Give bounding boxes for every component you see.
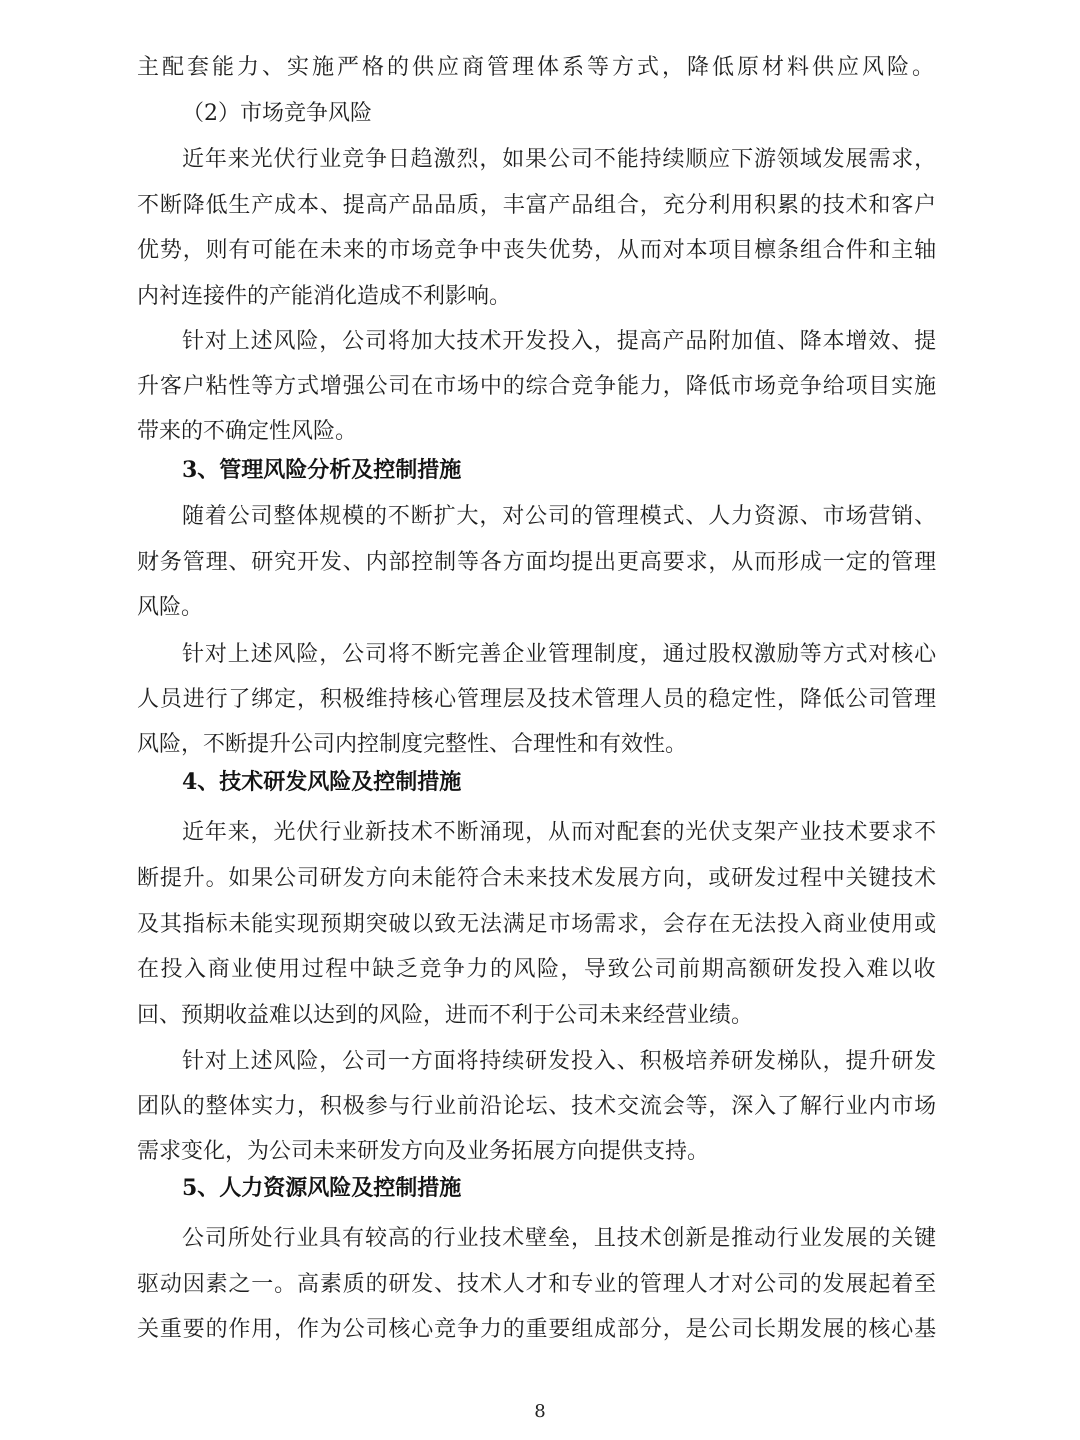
body-line: 及其指标未能实现预期突破以致无法满足市场需求，会存在无法投入商业使用或 [137, 905, 937, 945]
body-line: 近年来光伏行业竞争日趋激烈，如果公司不能持续顺应下游领域发展需求， [182, 140, 937, 180]
section-heading-management-risk: 3、管理风险分析及控制措施 [182, 450, 461, 490]
body-line: 随着公司整体规模的不断扩大，对公司的管理模式、人力资源、市场营销、 [182, 497, 937, 537]
body-line: 针对上述风险，公司将加大技术开发投入，提高产品附加值、降本增效、提 [182, 322, 937, 362]
body-line: 财务管理、研究开发、内部控制等各方面均提出更高要求，从而形成一定的管理 [137, 543, 937, 583]
body-line: 升客户粘性等方式增强公司在市场中的综合竞争能力，降低市场竞争给项目实施 [137, 367, 937, 407]
body-line: 人员进行了绑定，积极维持核心管理层及技术管理人员的稳定性，降低公司管理 [137, 680, 937, 720]
document-page: 主配套能力、实施严格的供应商管理体系等方式，降低原材料供应风险。 （2）市场竞争… [0, 0, 1080, 1440]
body-line: 风险，不断提升公司内控制度完整性、合理性和有效性。 [137, 725, 937, 765]
body-line: 在投入商业使用过程中缺乏竞争力的风险，导致公司前期高额研发投入难以收 [137, 950, 937, 990]
body-line: 回、预期收益难以达到的风险，进而不利于公司未来经营业绩。 [137, 996, 937, 1036]
body-line: 近年来，光伏行业新技术不断涌现，从而对配套的光伏支架产业技术要求不 [182, 813, 937, 853]
body-line: 驱动因素之一。高素质的研发、技术人才和专业的管理人才对公司的发展起着至 [137, 1265, 937, 1305]
body-line: 公司所处行业具有较高的行业技术壁垒，且技术创新是推动行业发展的关键 [182, 1219, 937, 1259]
section-heading-hr-risk: 5、人力资源风险及控制措施 [182, 1168, 461, 1208]
body-line: 不断降低生产成本、提高产品品质，丰富产品组合，充分利用积累的技术和客户 [137, 186, 937, 226]
body-line: 针对上述风险，公司将不断完善企业管理制度，通过股权激励等方式对核心 [182, 635, 937, 675]
body-line: 内衬连接件的产能消化造成不利影响。 [137, 277, 937, 317]
body-line: 针对上述风险，公司一方面将持续研发投入、积极培养研发梯队，提升研发 [182, 1042, 937, 1082]
body-line: 带来的不确定性风险。 [137, 412, 937, 452]
section-heading-rd-risk: 4、技术研发风险及控制措施 [182, 762, 461, 802]
body-line: 需求变化，为公司未来研发方向及业务拓展方向提供支持。 [137, 1132, 937, 1172]
body-line: 风险。 [137, 588, 937, 628]
body-line: 优势，则有可能在未来的市场竞争中丧失优势，从而对本项目檩条组合件和主轴 [137, 231, 937, 271]
subheading-market-competition-risk: （2）市场竞争风险 [182, 94, 372, 134]
body-line: 关重要的作用，作为公司核心竞争力的重要组成部分，是公司长期发展的核心基 [137, 1310, 937, 1350]
body-line: 断提升。如果公司研发方向未能符合未来技术发展方向，或研发过程中关键技术 [137, 859, 937, 899]
page-number: 8 [0, 1400, 1080, 1424]
body-line: 团队的整体实力，积极参与行业前沿论坛、技术交流会等，深入了解行业内市场 [137, 1087, 937, 1127]
body-line: 主配套能力、实施严格的供应商管理体系等方式，降低原材料供应风险。 [137, 48, 937, 88]
